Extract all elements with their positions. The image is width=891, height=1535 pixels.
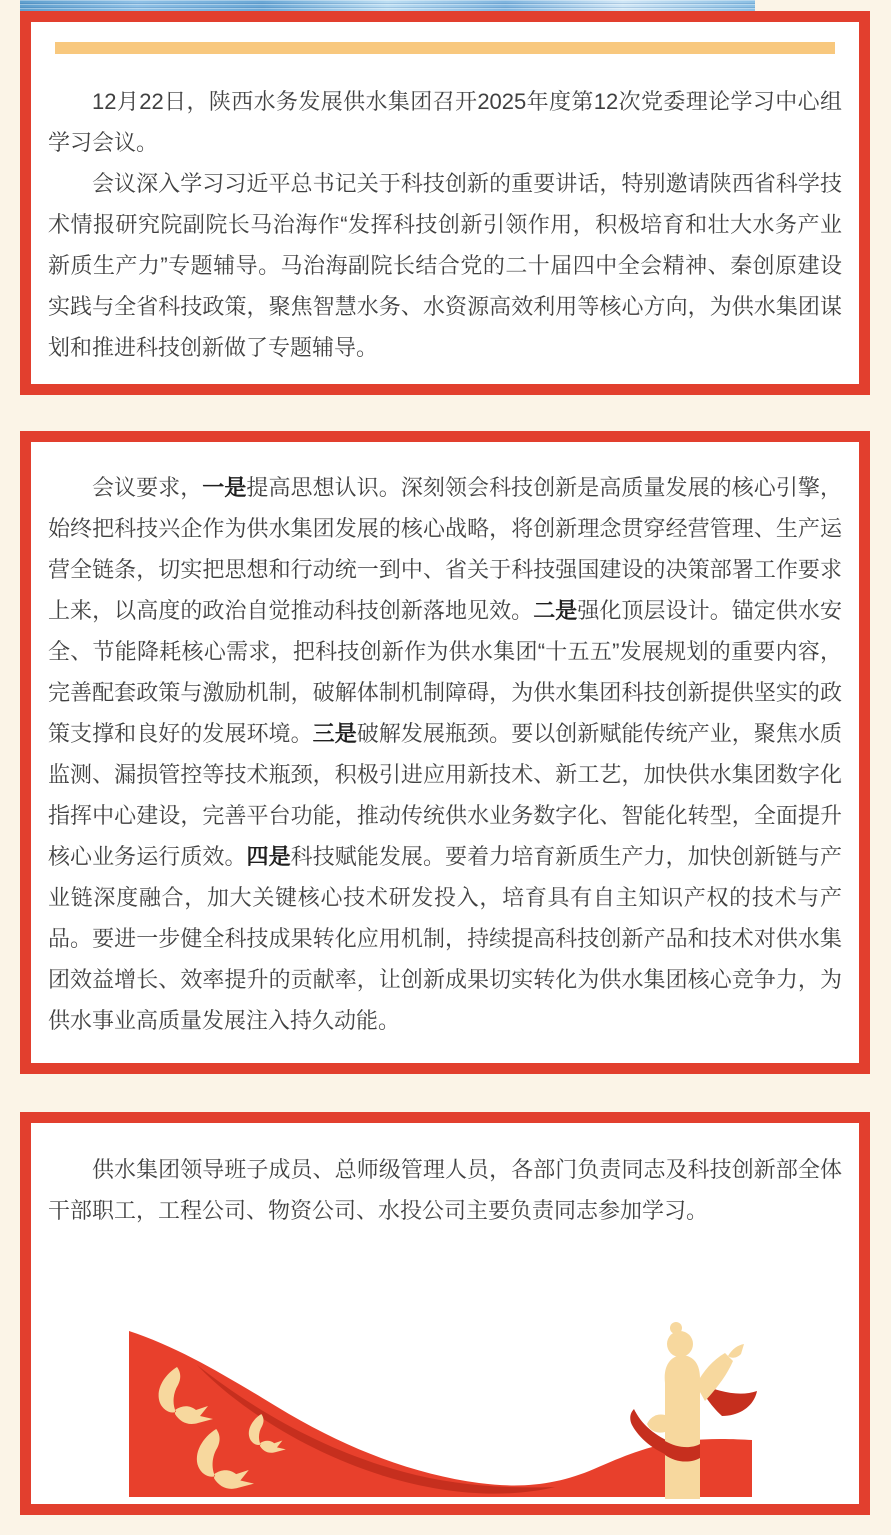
paragraph-attendees: 供水集团领导班子成员、总师级管理人员，各部门负责同志及科技创新部全体干部职工，工…: [48, 1149, 842, 1231]
paragraph-lecture-intro: 会议深入学习习近平总书记关于科技创新的重要讲话，特别邀请陕西省科学技术情报研究院…: [48, 163, 842, 368]
banner-image-strip: [20, 0, 755, 11]
flag-doves-illustration: [129, 1319, 762, 1499]
divider-bar: [55, 42, 835, 54]
paragraph-meeting-date: 12月22日，陕西水务发展供水集团召开2025年度第12次党委理论学习中心组学习…: [48, 81, 842, 163]
content-box-requirements: 会议要求，一是提高思想认识。深刻领会科技创新是高质量发展的核心引擎，始终把科技兴…: [20, 431, 870, 1074]
content-box-attendees: 供水集团领导班子成员、总师级管理人员，各部门负责同志及科技创新部全体干部职工，工…: [20, 1112, 870, 1515]
content-box-intro: 12月22日，陕西水务发展供水集团召开2025年度第12次党委理论学习中心组学习…: [20, 11, 870, 395]
article-page: 12月22日，陕西水务发展供水集团召开2025年度第12次党委理论学习中心组学习…: [0, 0, 891, 1535]
paragraph-meeting-requirements: 会议要求，一是提高思想认识。深刻领会科技创新是高质量发展的核心引擎，始终把科技兴…: [48, 467, 842, 1041]
